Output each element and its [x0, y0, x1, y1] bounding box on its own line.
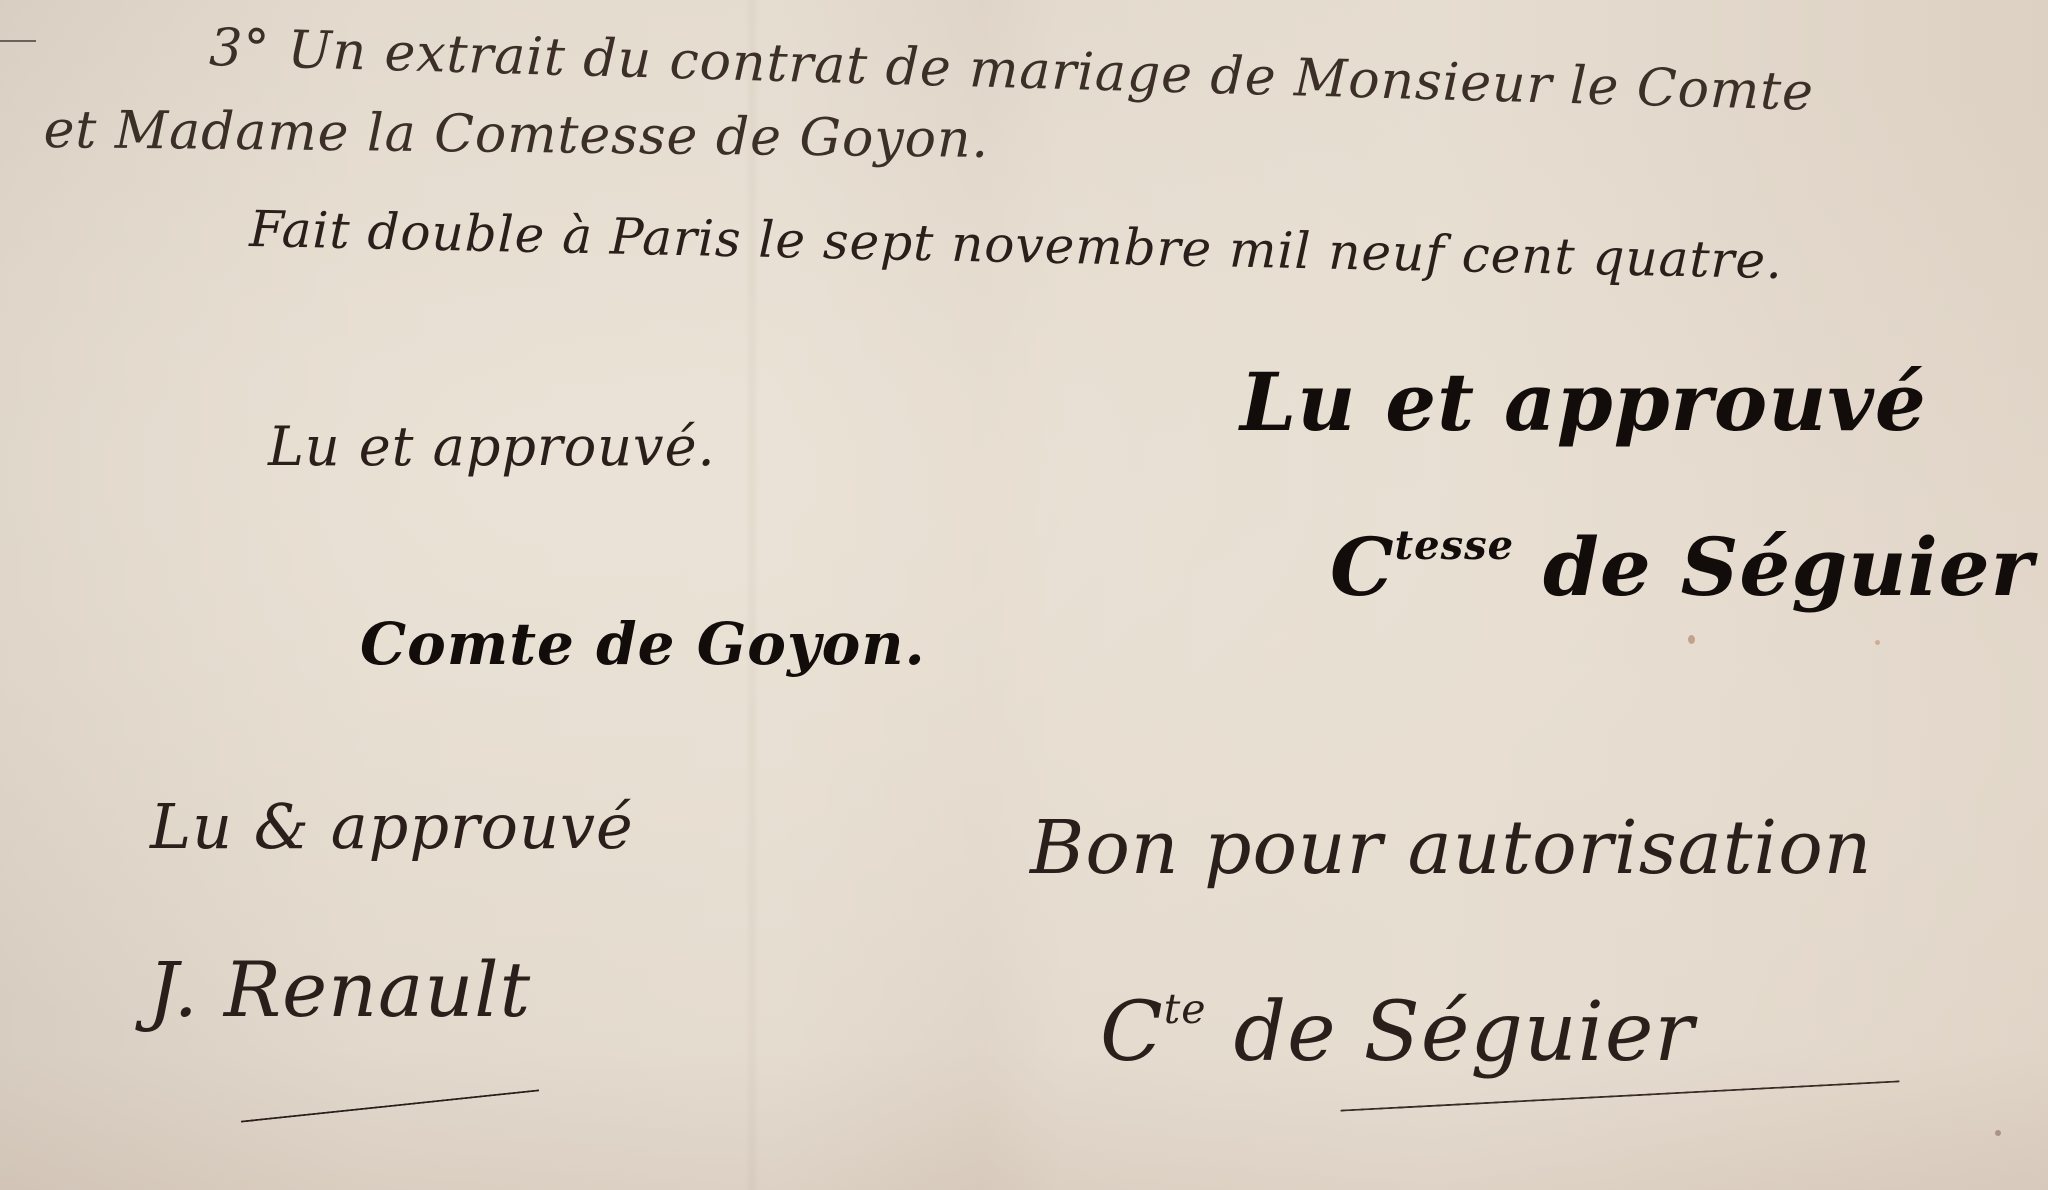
signature-prefix-sup: tesse [1395, 522, 1514, 569]
paper-shadow [0, 1050, 2048, 1190]
ink-spot [1995, 1130, 2001, 1136]
ink-spot [1875, 640, 1880, 645]
signature-comte-de-seguier: Cte de Séguier [1100, 985, 1695, 1080]
approval-goyon: Lu et approuvé. [268, 415, 716, 478]
approval-comtesse-seguier: Lu et approuvé [1240, 355, 1927, 449]
signature-comte-de-goyon: Comte de Goyon. [360, 610, 926, 678]
signature-j-renault: J. Renault [148, 945, 531, 1034]
signature-name: de Séguier [1543, 520, 2034, 614]
margin-dash [0, 40, 36, 42]
signature-comtesse-de-seguier: Ctesse de Séguier [1330, 520, 2034, 614]
signature-prefix: C [1100, 985, 1164, 1080]
signature-prefix: C [1330, 520, 1395, 614]
approval-authorization: Bon pour autorisation [1030, 805, 1872, 891]
signature-name: de Séguier [1234, 985, 1695, 1080]
body-line-2: et Madame la Comtesse de Goyon. [43, 100, 989, 170]
approval-renault: Lu & approuvé [150, 790, 634, 863]
paper-fold-crease [745, 0, 759, 1190]
ink-spot [1688, 635, 1695, 644]
signature-prefix-sup: te [1164, 985, 1207, 1033]
